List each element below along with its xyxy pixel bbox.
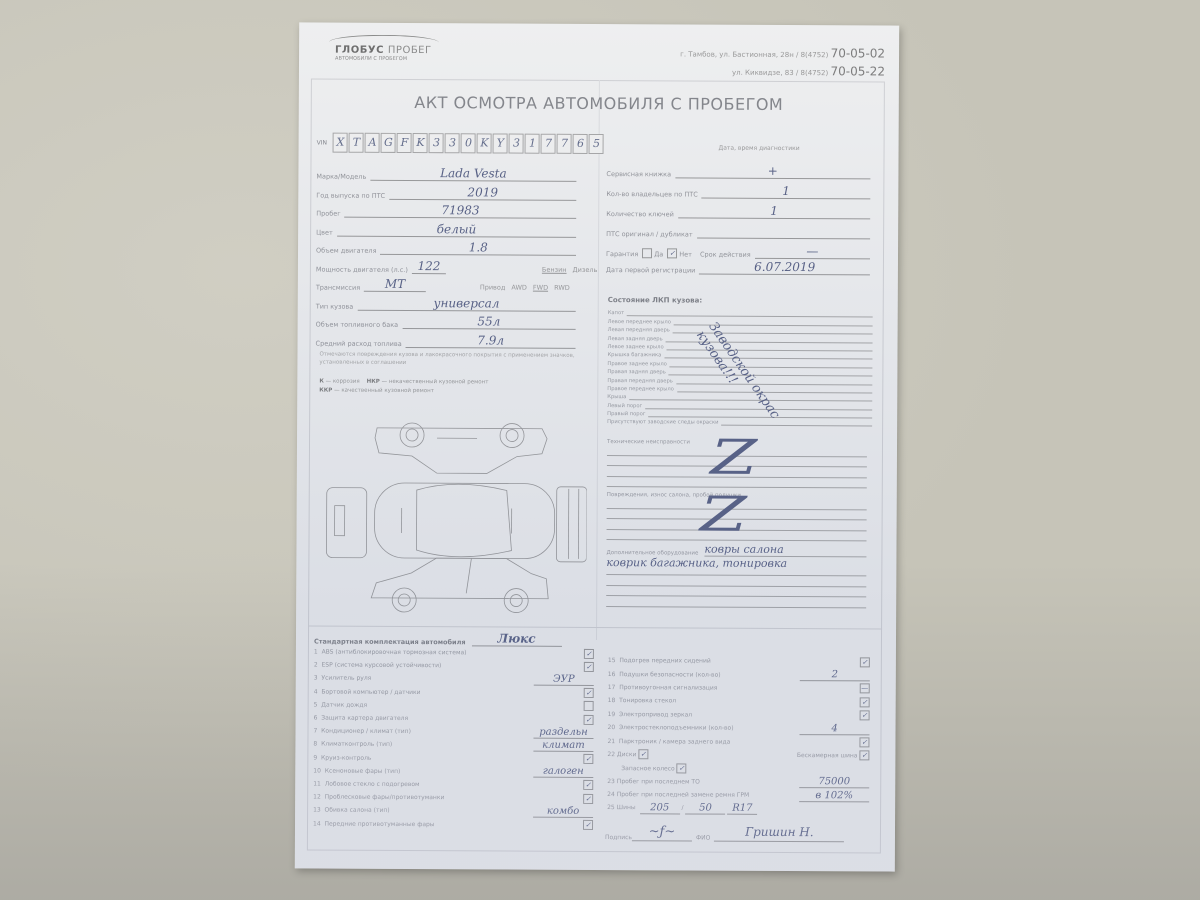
- company-contacts: г. Тамбов, ул. Бастионная, 28н / 8(4752)…: [680, 44, 885, 81]
- field-label: Тип кузова: [316, 302, 354, 310]
- item-checkbox[interactable]: ✓: [583, 820, 593, 830]
- item-num: 20: [608, 724, 616, 731]
- item-value: комбо: [533, 806, 593, 818]
- tire-width: 205: [640, 802, 680, 814]
- item-checkbox[interactable]: ✓: [859, 737, 869, 747]
- equipment-item: 18 Тонировка стекол✓: [608, 694, 870, 709]
- inspection-form: ГЛОБУС ПРОБЕГ АВТОМОБИЛИ С ПРОБЕГОМ г. Т…: [295, 22, 899, 871]
- interior-damage-mark: Z: [700, 487, 747, 543]
- standard-equipment-title: Стандартная комплектация автомобиля: [314, 638, 466, 647]
- equipment-item: 21 Парктроник / камера заднего вида✓: [607, 734, 869, 749]
- alloy-label: Бескамерная шина: [797, 752, 858, 759]
- extra-equipment-line1: ковры салона: [704, 543, 866, 558]
- warranty-term-value: —: [755, 244, 870, 260]
- item-label: Тонировка стекол: [619, 697, 676, 704]
- field-label: Дата первой регистрации: [606, 266, 696, 274]
- company-logo: ГЛОБУС ПРОБЕГ АВТОМОБИЛИ С ПРОБЕГОМ: [335, 45, 432, 63]
- vin-char-box: A: [365, 133, 380, 153]
- alloy-checkbox[interactable]: ✓: [859, 751, 869, 761]
- item-label: Передние противотуманные фары: [324, 820, 434, 828]
- field-label: Средний расход топлива: [316, 339, 402, 347]
- item-checkbox[interactable]: ✓: [584, 662, 594, 672]
- equipment-item-24: 24 Пробег при последней замене ремня ГРМ…: [607, 788, 869, 803]
- item-num: 11: [313, 780, 321, 787]
- body-part-label: Правый порог: [607, 411, 645, 417]
- item-num: 17: [608, 684, 616, 691]
- body-part-label: Правое переднее крыло: [607, 386, 674, 392]
- item-num: 1: [314, 649, 318, 656]
- body-state-item: Левое переднее крыло: [608, 316, 873, 326]
- item-label: Ксеноновые фары (тип): [325, 767, 401, 774]
- drive-options: Привод AWD FWD RWD: [474, 275, 570, 292]
- field-label: Объем двигателя: [316, 247, 377, 255]
- body-part-label: Левая задняя дверь: [608, 336, 663, 342]
- field-value: 55л: [402, 314, 576, 330]
- vin-char-box: 1: [525, 134, 540, 154]
- field-7: Тип кузовауниверсал: [316, 294, 576, 311]
- warranty-no-checkbox[interactable]: ✓: [667, 248, 677, 258]
- field-value: 7.9л: [406, 332, 576, 348]
- field-label: Сервисная книжка: [606, 170, 671, 178]
- tire-radius: R17: [727, 803, 757, 815]
- field-label: Пробег: [316, 210, 340, 218]
- equipment-item-23: 23 Пробег при последнем ТО 75000: [607, 775, 869, 790]
- drive-label: Привод: [480, 283, 506, 291]
- signature-label: Подпись: [605, 834, 632, 841]
- item-label: Проблесковые фары/противотуманки: [325, 794, 445, 802]
- body-part-label: Правое заднее крыло: [607, 361, 666, 367]
- body-part-label: Левая передняя дверь: [608, 327, 670, 333]
- item-num: 18: [608, 697, 616, 704]
- field-5: Мощность двигателя (л.с.)122: [316, 257, 446, 274]
- item-num: 14: [313, 820, 321, 827]
- vin-char-box: K: [477, 133, 492, 153]
- item-num: 8: [313, 741, 317, 748]
- item-value: 2: [800, 669, 870, 681]
- warranty-yes-checkbox[interactable]: [642, 248, 652, 258]
- standard-equipment-left: Стандартная комплектация автомобиля Люкс…: [313, 631, 594, 832]
- item-num: 13: [313, 807, 321, 814]
- item-label: Подушки безопасности (кол-во): [619, 671, 720, 679]
- item-num: 25: [607, 805, 615, 812]
- body-part-label: Правая передняя дверь: [607, 378, 673, 384]
- extra-equipment-block: Дополнительное оборудование ковры салона…: [606, 542, 866, 608]
- item-checkbox[interactable]: ✓: [583, 794, 593, 804]
- item-num: 16: [608, 671, 616, 678]
- item-num: 6: [314, 715, 318, 722]
- item-num: 15: [608, 657, 616, 664]
- field-label: Мощность двигателя (л.с.): [316, 265, 408, 273]
- field-first-registration: Дата первой регистрации 6.07.2019: [606, 258, 870, 275]
- field-label: Объем топливного бака: [316, 321, 399, 329]
- diagnostics-date-label: Дата, время диагностики: [719, 145, 800, 152]
- field-3: Цветбелый: [316, 220, 576, 237]
- field-label: Трансмиссия: [316, 284, 360, 292]
- warranty-yes-label: Да: [654, 250, 663, 258]
- vin-char-box: 6: [573, 134, 588, 154]
- equipment-item: 15 Подогрев передних сидений✓: [608, 654, 870, 669]
- vin-char-box: 3: [429, 133, 444, 153]
- vin-char-box: 7: [557, 134, 572, 154]
- field-label: ПТС оригинал / дубликат: [606, 230, 693, 238]
- form-header: ГЛОБУС ПРОБЕГ АВТОМОБИЛИ С ПРОБЕГОМ г. Т…: [299, 22, 899, 75]
- field-6: ТрансмиссияMT: [316, 276, 426, 293]
- fuel-petrol-option: Бензин: [542, 266, 567, 274]
- drive-rwd-option: RWD: [554, 284, 570, 292]
- field-value: 2019: [389, 184, 576, 200]
- field-2: Пробег71983: [316, 202, 576, 219]
- item-value: ЭУР: [534, 674, 594, 686]
- signature-mark: ~ƒ~: [632, 824, 692, 841]
- vin-char-box: X: [333, 133, 348, 153]
- damage-legend: К — коррозия НКР — некачественный кузовн…: [319, 378, 488, 397]
- body-state-title: Состояние ЛКП кузова:: [608, 296, 702, 304]
- field-value: 122: [412, 259, 446, 274]
- fuel-diesel-option: Дизель: [573, 266, 598, 274]
- field-value: 1.8: [380, 240, 576, 256]
- name-label: ФИО: [696, 835, 710, 842]
- signature-row: Подпись ~ƒ~ ФИО Гришин Н.: [605, 824, 844, 842]
- vin-label: VIN: [317, 139, 327, 146]
- item-num: 24: [607, 791, 615, 798]
- field-keys: Количество ключей 1: [606, 202, 870, 219]
- vin-char-box: 3: [445, 133, 460, 153]
- phone-2: 70-05-22: [830, 64, 885, 78]
- item-label: Пробег при последнем ТО: [617, 778, 700, 785]
- warranty-term-label: Срок действия: [700, 251, 751, 259]
- field-4: Объем двигателя1.8: [316, 239, 576, 256]
- last-service-mileage: 75000: [799, 776, 869, 788]
- field-value: 71983: [345, 203, 577, 219]
- field-value: универсал: [357, 295, 576, 311]
- item-label: Кондиционер / климат (тип): [321, 728, 411, 735]
- item-label: Обивка салона (тип): [325, 807, 390, 814]
- field-value: 6.07.2019: [699, 260, 870, 276]
- field-label: Количество ключей: [606, 210, 674, 218]
- item-checkbox[interactable]: ✓: [583, 754, 593, 764]
- vin-char-box: T: [349, 133, 364, 153]
- equipment-item: 20 Электростеклоподъемники (кол-во)4: [607, 721, 869, 736]
- item-label: Климатконтроль (тип): [321, 741, 392, 748]
- body-state-item: Левая задняя дверь: [608, 333, 873, 343]
- field-label: Кол-во владельцев по ПТС: [606, 190, 697, 198]
- body-state-item: Левое заднее крыло: [608, 342, 873, 352]
- item-checkbox[interactable]: ✓: [860, 697, 870, 707]
- technical-defects-mark: Z: [710, 430, 757, 486]
- car-damage-diagram: [316, 408, 587, 624]
- logo-tagline: АВТОМОБИЛИ С ПРОБЕГОМ: [335, 56, 432, 63]
- tire-profile: 50: [685, 802, 725, 814]
- fuel-options: Бензин Дизель: [536, 258, 597, 274]
- item-checkbox[interactable]: ✓: [584, 714, 594, 724]
- field-0: Марка/МодельLada Vesta: [316, 165, 576, 182]
- address-2: ул. Киквидзе, 83 / 8(4752): [732, 69, 828, 78]
- vin-char-box: G: [381, 133, 396, 153]
- signer-name: Гришин Н.: [714, 825, 844, 843]
- item-value: галоген: [533, 766, 593, 778]
- extra-equipment-line2: коврик багажника, тонировка: [606, 556, 866, 576]
- disk-label: Диски: [617, 752, 636, 759]
- field-value: Lada Vesta: [370, 166, 576, 182]
- item-label: Парктроник / камера заднего вида: [619, 738, 730, 746]
- field-label: Марка/Модель: [316, 173, 366, 181]
- item-checkbox[interactable]: ✓: [584, 649, 594, 659]
- field-label: Цвет: [316, 228, 333, 236]
- field-value: 1: [678, 203, 870, 219]
- item-label: Подогрев передних сидений: [619, 657, 710, 664]
- field-label: Год выпуска по ПТС: [316, 191, 385, 199]
- legend-text: — коррозия: [326, 379, 360, 385]
- field-value: MT: [364, 277, 426, 292]
- item-label: Электропривод зеркал: [619, 711, 692, 718]
- timing-belt-mileage: в 102%: [799, 790, 869, 802]
- drive-awd-option: AWD: [511, 284, 527, 292]
- field-warranty: Гарантия Да ✓ Нет Срок действия —: [606, 242, 870, 259]
- vin-char-box: F: [397, 133, 412, 153]
- item-label: Круиз-контроль: [321, 754, 371, 761]
- item-num: 5: [314, 701, 318, 708]
- item-label: Противоугонная сигнализация: [619, 684, 717, 692]
- vin-char-box: 5: [589, 134, 604, 154]
- body-part-label: Правая задняя дверь: [607, 369, 665, 375]
- body-part-label: Левый порог: [607, 403, 642, 409]
- item-num: 10: [313, 767, 321, 774]
- field-value: [697, 224, 870, 240]
- equipment-item: 16 Подушки безопасности (кол-во)2: [608, 667, 870, 682]
- legend-code: ККР: [319, 388, 332, 394]
- damage-note: Отмечаются повреждения кузова и лакокрас…: [319, 351, 589, 368]
- item-label: Лобовое стекло с подогревом: [325, 781, 420, 788]
- item-num: 7: [313, 728, 317, 735]
- item-value: климат: [533, 740, 593, 752]
- item-num: 2: [314, 662, 318, 669]
- address-1: г. Тамбов, ул. Бастионная, 28н / 8(4752): [680, 50, 828, 59]
- field-8: Объем топливного бака55л: [316, 313, 576, 330]
- vin-boxes: XTAGFK330KY317765: [333, 133, 605, 154]
- item-label: Бортовой компьютер / датчики: [321, 688, 420, 696]
- item-num: 4: [314, 688, 318, 695]
- item-checkbox[interactable]: —: [860, 684, 870, 694]
- standard-equipment-header: Стандартная комплектация автомобиля Люкс: [314, 631, 594, 647]
- vin-char-box: 3: [509, 134, 524, 154]
- field-9: Средний расход топлива7.9л: [316, 331, 576, 348]
- item-value: раздельн: [533, 726, 593, 738]
- item-label: Защита картера двигателя: [321, 715, 408, 722]
- disk-checkbox[interactable]: ✓: [638, 750, 648, 760]
- field-value: +: [675, 163, 870, 179]
- body-state-item: Капот: [608, 308, 873, 318]
- equipment-item: 14 Передние противотуманные фары✓: [313, 817, 593, 832]
- body-part-label: Левое заднее крыло: [608, 344, 664, 350]
- drive-fwd-option: FWD: [533, 284, 548, 292]
- item-label: Пробег при последней замене ремня ГРМ: [617, 791, 750, 799]
- logo-arc-icon: [329, 35, 439, 51]
- item-label: ESP (система курсовой устойчивости): [321, 662, 441, 670]
- form-title: АКТ ОСМОТРА АВТОМОБИЛЯ С ПРОБЕГОМ: [299, 92, 899, 114]
- item-num: 9: [313, 754, 317, 761]
- body-state-item: Левая передняя дверь: [608, 325, 873, 335]
- item-num: 23: [607, 778, 615, 785]
- body-part-label: Присутствуют заводские следы окраски: [607, 420, 718, 427]
- spare-label: Запасное колесо: [621, 765, 674, 772]
- equipment-item: 19 Электропривод зеркал✓: [608, 708, 870, 723]
- equipment-item: 17 Противоугонная сигнализация—: [608, 681, 870, 696]
- item-num: 3: [314, 675, 318, 682]
- item-label: Усилитель руля: [321, 675, 371, 682]
- item-num: 21: [607, 738, 615, 745]
- standard-equipment-trim: Люкс: [472, 631, 562, 646]
- field-value: 1: [702, 184, 871, 200]
- vin-row: VIN XTAGFK330KY317765: [317, 133, 605, 155]
- warranty-no-label: Нет: [679, 250, 692, 258]
- item-label: ABS (антиблокировочная тормозная система…: [322, 649, 467, 657]
- vin-char-box: Y: [493, 133, 508, 153]
- spare-checkbox[interactable]: ✓: [677, 763, 687, 773]
- body-part-label: Крыша: [607, 394, 626, 400]
- vin-char-box: 0: [461, 133, 476, 153]
- body-part-label: Левое переднее крыло: [608, 319, 671, 325]
- item-checkbox[interactable]: [584, 701, 594, 711]
- item-label: Датчик дождя: [321, 701, 367, 708]
- field-service-book: Сервисная книжка +: [606, 162, 870, 179]
- item-num: 12: [313, 794, 321, 801]
- phone-1: 70-05-02: [831, 46, 886, 60]
- equipment-item-25: 25 Шины 205 / 50 R17: [607, 801, 869, 816]
- field-value: белый: [337, 221, 576, 237]
- body-state-item: Присутствуют заводские следы окраски: [607, 417, 872, 427]
- field-owners: Кол-во владельцев по ПТС 1: [606, 182, 870, 199]
- spare-wheel-item: Запасное колесо ✓: [607, 761, 869, 776]
- vin-char-box: 7: [541, 134, 556, 154]
- item-value: 4: [799, 723, 869, 735]
- item-label: Электростеклоподъемники (кол-во): [619, 724, 734, 732]
- legend-text: — некачественный кузовной ремонт: [382, 379, 489, 386]
- item-checkbox[interactable]: ✓: [860, 711, 870, 721]
- item-checkbox[interactable]: ✓: [583, 780, 593, 790]
- item-label: Шины: [617, 805, 636, 812]
- legend-code: К: [319, 379, 324, 385]
- body-part-label: Крышка багажника: [607, 352, 661, 358]
- field-1: Год выпуска по ПТС2019: [316, 183, 576, 200]
- legend-text: — качественный кузовной ремонт: [334, 388, 434, 395]
- item-num: 19: [608, 711, 616, 718]
- standard-equipment-right: 15 Подогрев передних сидений✓16 Подушки …: [607, 654, 870, 816]
- body-part-label: Капот: [608, 310, 624, 316]
- item-checkbox[interactable]: ✓: [860, 657, 870, 667]
- warranty-label: Гарантия: [606, 250, 638, 258]
- vin-char-box: K: [413, 133, 428, 153]
- field-pts: ПТС оригинал / дубликат: [606, 222, 870, 239]
- equipment-item-22: 22 Диски ✓ Бескамерная шина ✓: [607, 748, 869, 763]
- item-checkbox[interactable]: ✓: [584, 688, 594, 698]
- legend-code: НКР: [367, 379, 380, 385]
